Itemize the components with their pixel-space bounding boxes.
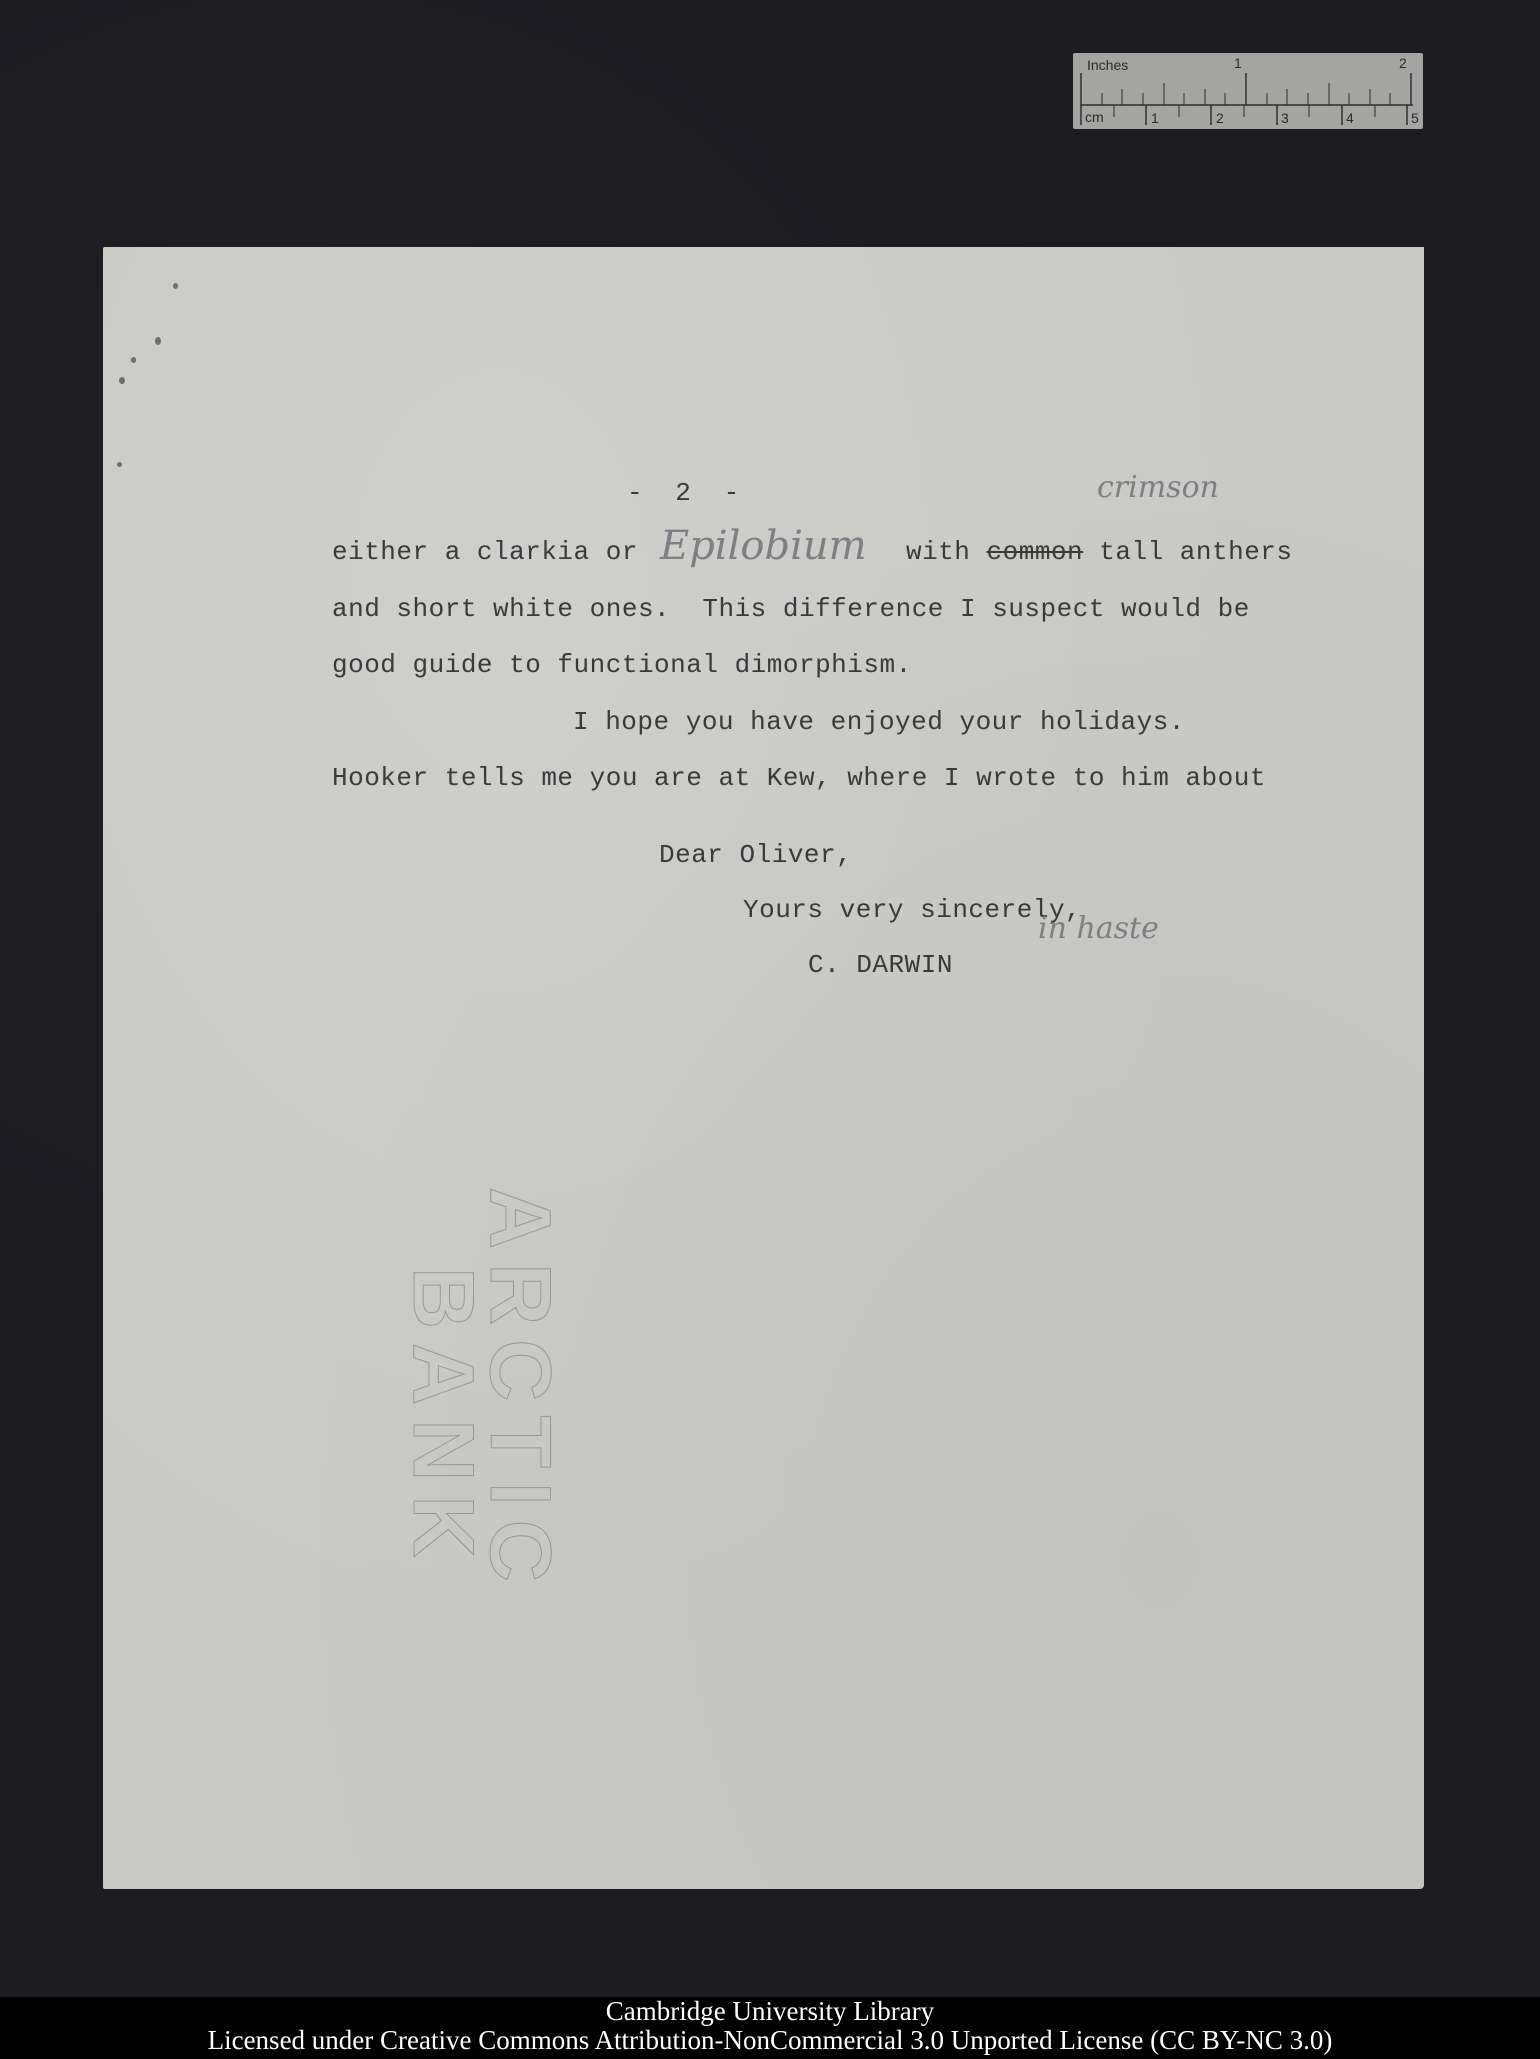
- scale-ruler: Inches 1 2 cm 1 2 3 4 5: [1073, 53, 1423, 129]
- text-segment: either a clarkia or: [332, 537, 638, 567]
- letter-page: - 2 - crimson either a clarkia or Epilob…: [103, 247, 1424, 1889]
- struck-word: common: [987, 537, 1084, 567]
- handwritten-insertion-epilobium: Epilobium: [660, 523, 867, 569]
- salutation: Dear Oliver,: [659, 840, 852, 870]
- handwritten-in-haste: in haste: [1038, 911, 1159, 946]
- handwritten-insertion-crimson: crimson: [1097, 470, 1219, 505]
- letter-line-1-cont: with common tall anthers: [906, 537, 1293, 567]
- paper-blemish: [117, 462, 122, 467]
- letter-line-1: either a clarkia or: [332, 537, 638, 567]
- paper-blemish: [155, 337, 161, 345]
- ruler-cm-mark: 3: [1281, 110, 1289, 126]
- letter-line-5: Hooker tells me you are at Kew, where I …: [332, 763, 1266, 793]
- letter-line-4: I hope you have enjoyed your holidays.: [573, 707, 1185, 737]
- paper-blemish: [131, 357, 136, 363]
- ruler-cm-mark: 4: [1346, 110, 1354, 126]
- letter-line-3: good guide to functional dimorphism.: [332, 650, 912, 680]
- paper-blemish: [119, 377, 125, 384]
- ruler-cm-mark: 2: [1216, 110, 1224, 126]
- ruler-cm-mark: 1: [1151, 110, 1159, 126]
- watermark-bank: BANK: [393, 1267, 492, 1571]
- page-number: - 2 -: [627, 478, 740, 508]
- signature: C. DARWIN: [808, 950, 953, 980]
- letter-line-2: and short white ones. This difference I …: [332, 594, 1250, 624]
- ruler-inch-mark: 1: [1234, 55, 1242, 71]
- credit-license: Licensed under Creative Commons Attribut…: [0, 2026, 1540, 2055]
- closing: Yours very sincerely,: [743, 895, 1081, 925]
- text-segment: with: [906, 537, 970, 567]
- paper-blemish: [173, 283, 178, 289]
- ruler-cm-label: cm: [1085, 109, 1104, 125]
- ruler-inches-label: Inches: [1087, 57, 1128, 73]
- credit-bar: Cambridge University Library Licensed un…: [0, 1997, 1540, 2059]
- credit-institution: Cambridge University Library: [0, 1997, 1540, 2026]
- ruler-inch-mark: 2: [1399, 55, 1407, 71]
- text-segment: tall anthers: [1099, 537, 1292, 567]
- ruler-cm-mark: 5: [1411, 110, 1419, 126]
